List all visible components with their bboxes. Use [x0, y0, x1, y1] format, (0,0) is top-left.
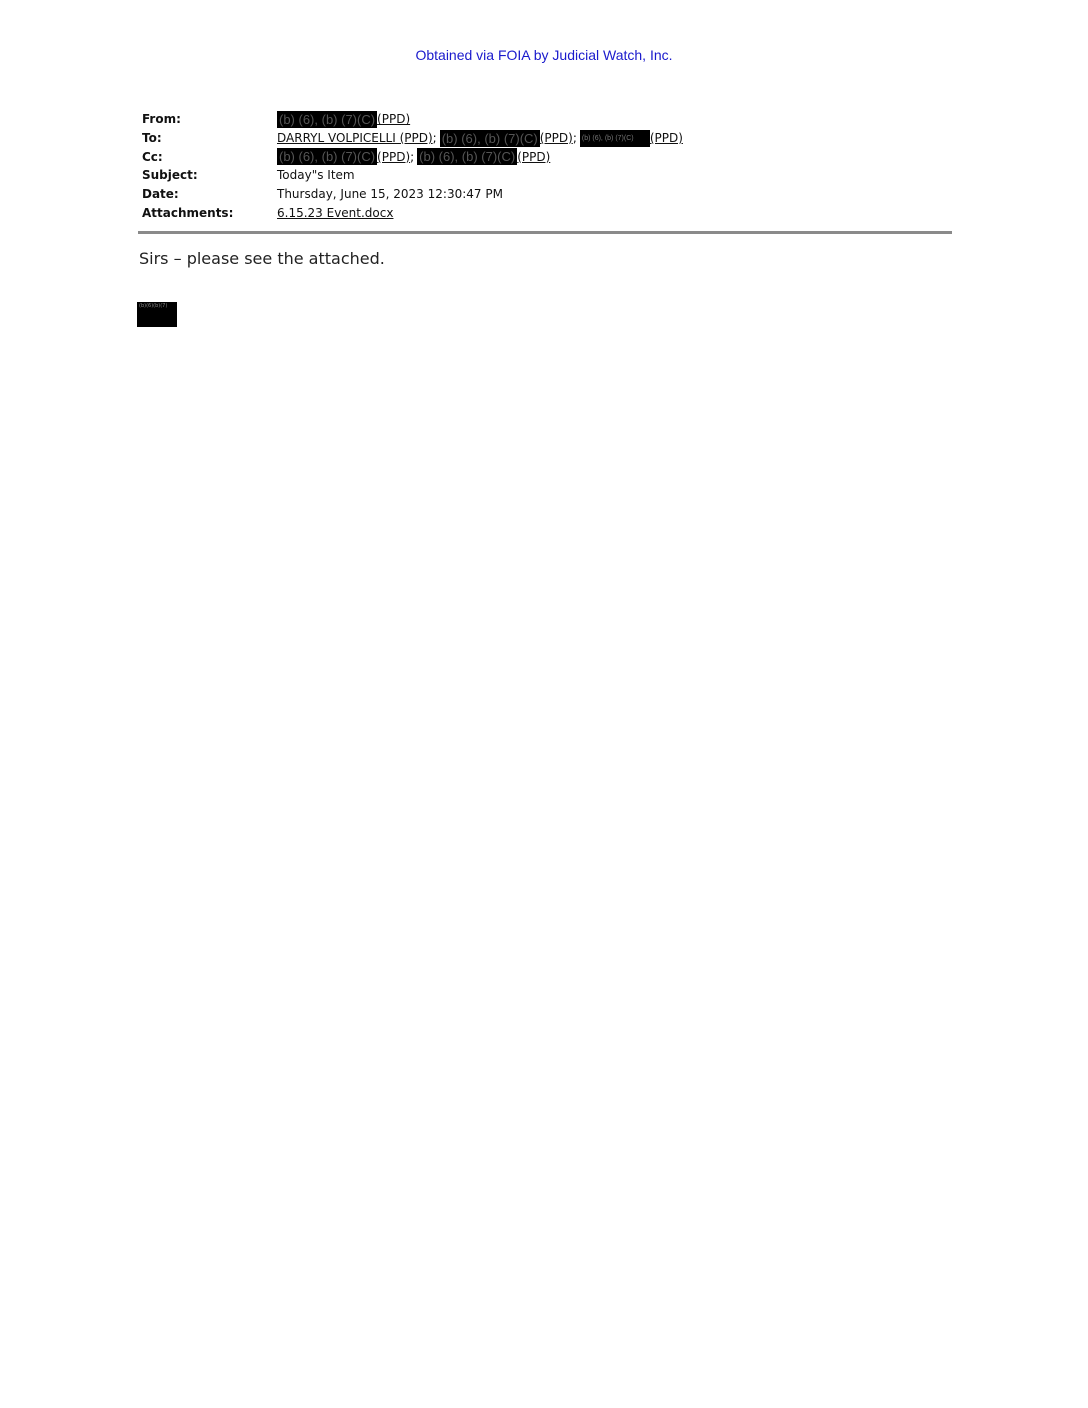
attachment-link[interactable]: 6.15.23 Event.docx	[277, 206, 393, 220]
to-row: To: DARRYL VOLPICELLI (PPD) ; (b) (6), (…	[142, 129, 683, 148]
date-label: Date:	[142, 187, 277, 201]
header-divider	[138, 231, 952, 234]
date-value: Thursday, June 15, 2023 12:30:47 PM	[277, 187, 503, 201]
redaction-block: (b) (6), (b) (7)(C)	[277, 148, 377, 165]
cc-recipient-suffix[interactable]: (PPD)	[377, 150, 410, 164]
to-recipient-name[interactable]: DARRYL VOLPICELLI (PPD)	[277, 131, 433, 145]
subject-value: Today"s Item	[277, 168, 355, 182]
from-label: From:	[142, 112, 277, 126]
attachments-label: Attachments:	[142, 206, 277, 220]
separator: ;	[573, 131, 577, 145]
subject-row: Subject: Today"s Item	[142, 166, 683, 185]
separator: ;	[433, 131, 437, 145]
to-value: DARRYL VOLPICELLI (PPD) ; (b) (6), (b) (…	[277, 130, 683, 147]
redaction-block: (b) (6), (b) (7)(C)	[277, 111, 377, 128]
to-recipient-suffix[interactable]: (PPD)	[540, 131, 573, 145]
redaction-block: (b) (6), (b) (7)(C)	[417, 148, 517, 165]
email-body-text: Sirs – please see the attached.	[139, 249, 385, 268]
cc-label: Cc:	[142, 150, 277, 164]
from-suffix[interactable]: (PPD)	[377, 112, 410, 126]
cc-value: (b) (6), (b) (7)(C) (PPD) ; (b) (6), (b)…	[277, 148, 550, 165]
cc-row: Cc: (b) (6), (b) (7)(C) (PPD) ; (b) (6),…	[142, 147, 683, 166]
redaction-block: (b) (6), (b) (7)(C)	[580, 130, 650, 147]
from-value: (b) (6), (b) (7)(C) (PPD)	[277, 111, 410, 128]
date-row: Date: Thursday, June 15, 2023 12:30:47 P…	[142, 185, 683, 204]
separator: ;	[410, 150, 414, 164]
signature-redaction-block: (b)(6)(b)(7)	[137, 302, 177, 327]
redaction-block: (b) (6), (b) (7)(C)	[440, 130, 540, 147]
cc-recipient-suffix[interactable]: (PPD)	[517, 150, 550, 164]
attachments-row: Attachments: 6.15.23 Event.docx	[142, 203, 683, 222]
to-label: To:	[142, 131, 277, 145]
email-header: From: (b) (6), (b) (7)(C) (PPD) To: DARR…	[142, 110, 683, 222]
foia-watermark: Obtained via FOIA by Judicial Watch, Inc…	[0, 47, 1088, 63]
from-row: From: (b) (6), (b) (7)(C) (PPD)	[142, 110, 683, 129]
to-recipient-suffix[interactable]: (PPD)	[650, 131, 683, 145]
subject-label: Subject:	[142, 168, 277, 182]
